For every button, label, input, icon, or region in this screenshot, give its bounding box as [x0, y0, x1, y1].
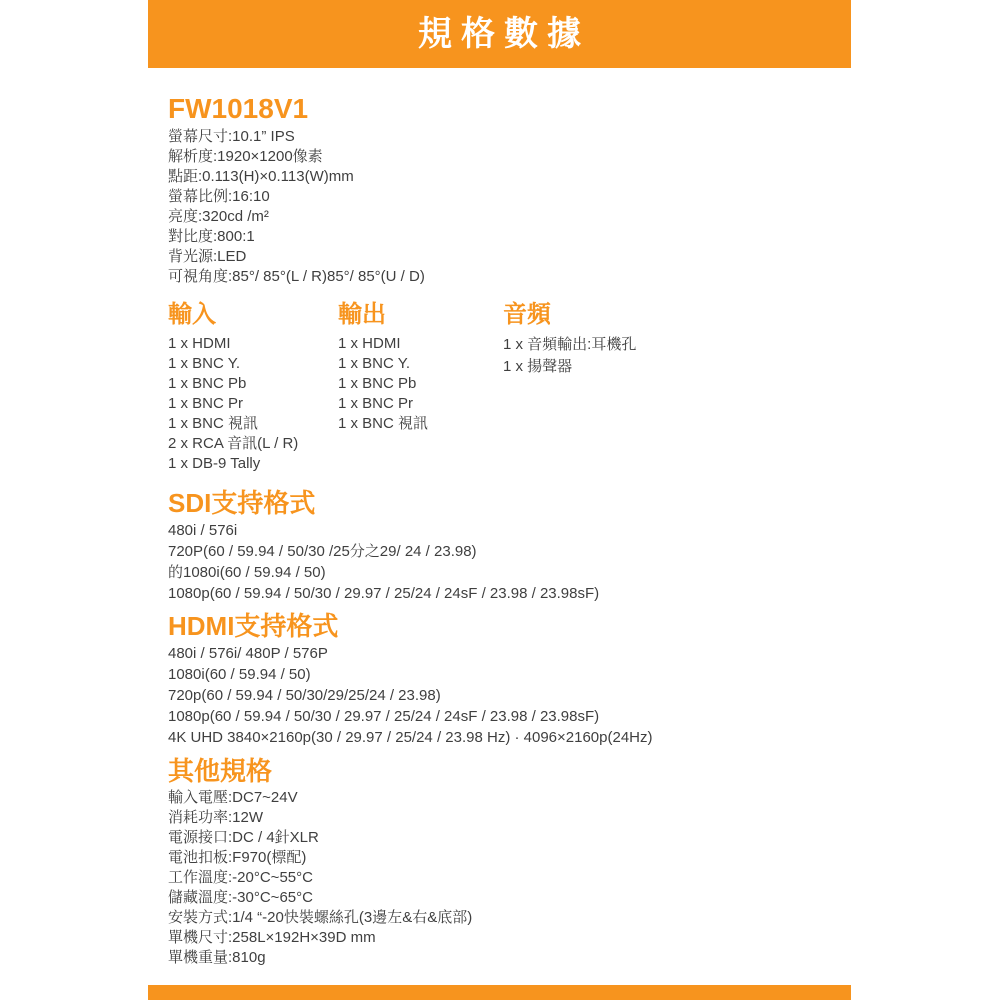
input-item: 1 x BNC Pb	[168, 374, 298, 394]
other-spec-line-storage-temp: 儲藏溫度:-30°C~65°C	[168, 888, 472, 908]
other-spec-title: 其他規格	[168, 757, 472, 785]
audio-title: 音頻	[503, 302, 636, 328]
spec-line-viewing-angle: 可視角度:85°/ 85°(L / R)85°/ 85°(U / D)	[168, 267, 425, 287]
input-title: 輸入	[168, 302, 298, 328]
input-item: 1 x BNC Pr	[168, 394, 298, 414]
input-item: 1 x BNC 視訊	[168, 414, 298, 434]
output-item: 1 x HDMI	[338, 334, 428, 354]
model-section: FW1018V1 螢幕尺寸:10.1” IPS 解析度:1920×1200像素 …	[168, 94, 425, 287]
audio-item: 1 x 音頻輸出:耳機孔	[503, 334, 636, 356]
spec-line-brightness: 亮度:320cd /m²	[168, 207, 425, 227]
other-spec-line-connector: 電源接口:DC / 4針XLR	[168, 828, 472, 848]
sdi-format-title: SDI支持格式	[168, 489, 599, 517]
output-item: 1 x BNC 視訊	[338, 414, 428, 434]
hdmi-format-section: HDMI支持格式 480i / 576i/ 480P / 576P 1080i(…	[168, 612, 653, 748]
hdmi-format-list: 480i / 576i/ 480P / 576P 1080i(60 / 59.9…	[168, 643, 653, 748]
footer-bar	[148, 985, 851, 1000]
sdi-format-line: 720P(60 / 59.94 / 50/30 /25分之29/ 24 / 23…	[168, 541, 599, 562]
hdmi-format-line: 1080i(60 / 59.94 / 50)	[168, 664, 653, 685]
spec-line-contrast: 對比度:800:1	[168, 227, 425, 247]
hdmi-format-line: 1080p(60 / 59.94 / 50/30 / 29.97 / 25/24…	[168, 706, 653, 727]
hdmi-format-line: 4K UHD 3840×2160p(30 / 29.97 / 25/24 / 2…	[168, 727, 653, 748]
spec-line-backlight: 背光源:LED	[168, 247, 425, 267]
page-title: 規格數據	[409, 17, 590, 51]
io-section: 輸入 1 x HDMI 1 x BNC Y. 1 x BNC Pb 1 x BN…	[168, 302, 788, 477]
sdi-format-list: 480i / 576i 720P(60 / 59.94 / 50/30 /25分…	[168, 520, 599, 604]
audio-column: 音頻 1 x 音頻輸出:耳機孔 1 x 揚聲器	[503, 302, 636, 378]
other-spec-line-voltage: 輸入電壓:DC7~24V	[168, 788, 472, 808]
sdi-format-section: SDI支持格式 480i / 576i 720P(60 / 59.94 / 50…	[168, 489, 599, 604]
output-item: 1 x BNC Pr	[338, 394, 428, 414]
spec-line-dot-pitch: 點距:0.113(H)×0.113(W)mm	[168, 167, 425, 187]
input-item: 1 x HDMI	[168, 334, 298, 354]
spec-line-aspect-ratio: 螢幕比例:16:10	[168, 187, 425, 207]
hdmi-format-line: 480i / 576i/ 480P / 576P	[168, 643, 653, 664]
hdmi-format-title: HDMI支持格式	[168, 612, 653, 640]
sdi-format-line: 480i / 576i	[168, 520, 599, 541]
model-name: FW1018V1	[168, 94, 425, 124]
header-banner: 規格數據	[148, 0, 851, 68]
spec-line-resolution: 解析度:1920×1200像素	[168, 147, 425, 167]
input-item: 2 x RCA 音訊(L / R)	[168, 434, 298, 454]
other-spec-line-dimensions: 單機尺寸:258L×192H×39D mm	[168, 928, 472, 948]
input-item: 1 x BNC Y.	[168, 354, 298, 374]
audio-item: 1 x 揚聲器	[503, 356, 636, 378]
output-title: 輸出	[338, 302, 428, 328]
other-spec-line-operating-temp: 工作溫度:-20°C~55°C	[168, 868, 472, 888]
other-spec-line-power: 消耗功率:12W	[168, 808, 472, 828]
screen-spec-list: 螢幕尺寸:10.1” IPS 解析度:1920×1200像素 點距:0.113(…	[168, 127, 425, 287]
spec-line-screen-size: 螢幕尺寸:10.1” IPS	[168, 127, 425, 147]
hdmi-format-line: 720p(60 / 59.94 / 50/30/29/25/24 / 23.98…	[168, 685, 653, 706]
sdi-format-line: 1080p(60 / 59.94 / 50/30 / 29.97 / 25/24…	[168, 583, 599, 604]
output-column: 輸出 1 x HDMI 1 x BNC Y. 1 x BNC Pb 1 x BN…	[338, 302, 428, 434]
other-spec-list: 輸入電壓:DC7~24V 消耗功率:12W 電源接口:DC / 4針XLR 電池…	[168, 788, 472, 968]
input-column: 輸入 1 x HDMI 1 x BNC Y. 1 x BNC Pb 1 x BN…	[168, 302, 298, 474]
other-spec-line-battery-plate: 電池扣板:F970(標配)	[168, 848, 472, 868]
output-item: 1 x BNC Pb	[338, 374, 428, 394]
other-spec-line-weight: 單機重量:810g	[168, 948, 472, 968]
other-spec-section: 其他規格 輸入電壓:DC7~24V 消耗功率:12W 電源接口:DC / 4針X…	[168, 757, 472, 968]
sdi-format-line: 的1080i(60 / 59.94 / 50)	[168, 562, 599, 583]
input-item: 1 x DB-9 Tally	[168, 454, 298, 474]
spec-sheet-page: 規格數據 FW1018V1 螢幕尺寸:10.1” IPS 解析度:1920×12…	[0, 0, 1000, 1000]
output-item: 1 x BNC Y.	[338, 354, 428, 374]
other-spec-line-mounting: 安裝方式:1/4 “-20快裝螺絲孔(3邊左&右&底部)	[168, 908, 472, 928]
